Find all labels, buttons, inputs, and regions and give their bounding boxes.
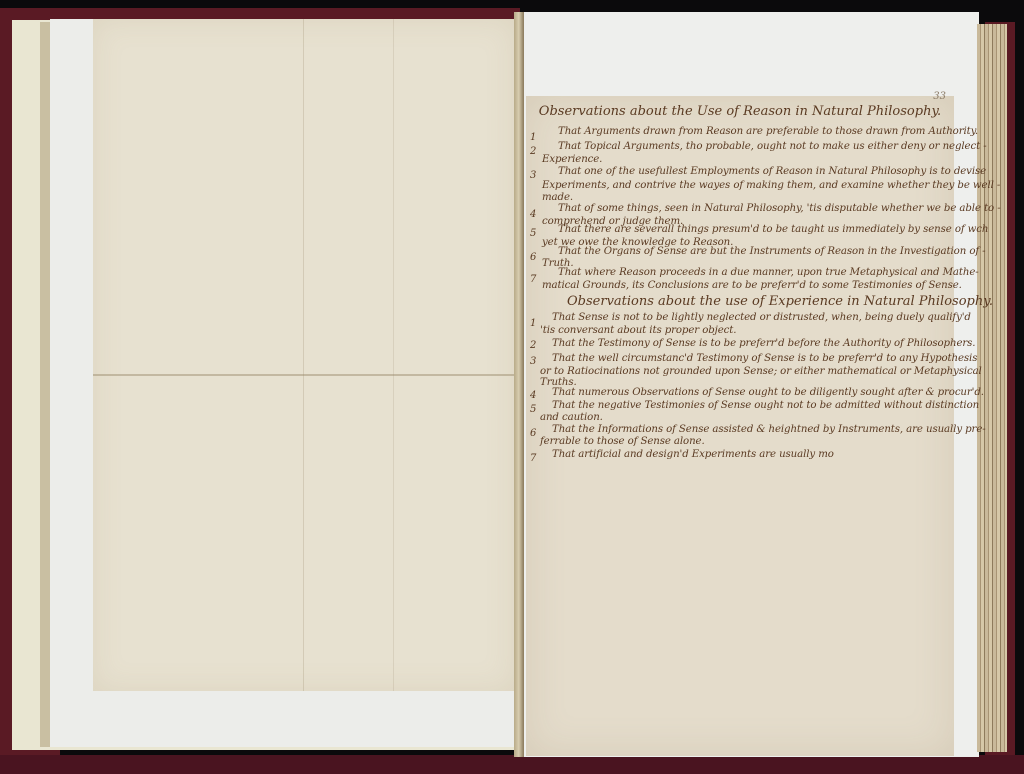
item-number: 5 bbox=[530, 404, 536, 415]
item-number: 6 bbox=[530, 252, 536, 263]
item-number: 7 bbox=[530, 453, 536, 464]
item-number: 4 bbox=[530, 390, 536, 401]
manuscript-line: That there are severall things presum'd … bbox=[558, 224, 988, 235]
manuscript-line: ferrable to those of Sense alone. bbox=[540, 436, 705, 447]
vertical-fold-line bbox=[303, 19, 304, 691]
book-cover-bottom bbox=[0, 755, 1024, 774]
vertical-crease-line bbox=[393, 19, 394, 691]
item-number: 2 bbox=[530, 340, 536, 351]
manuscript-line: That Sense is not to be lightly neglecte… bbox=[552, 312, 971, 323]
item-number: 6 bbox=[530, 428, 536, 439]
item-number: 3 bbox=[530, 170, 536, 181]
horizontal-fold-line bbox=[93, 374, 515, 376]
manuscript-line: Experiments, and contrive the wayes of m… bbox=[542, 180, 1000, 191]
manuscript-line: That Arguments drawn from Reason are pre… bbox=[558, 126, 978, 137]
item-number: 5 bbox=[530, 228, 536, 239]
manuscript-line: That the Informations of Sense assisted … bbox=[552, 424, 986, 435]
item-number: 4 bbox=[530, 209, 536, 220]
manuscript-line: That the Testimony of Sense is to be pre… bbox=[552, 338, 975, 349]
item-number: 1 bbox=[530, 318, 536, 329]
manuscript-line: made. bbox=[542, 192, 573, 203]
manuscript-line: That the Organs of Sense are but the Ins… bbox=[558, 246, 986, 257]
manuscript-line: Experience. bbox=[542, 154, 602, 165]
left-manuscript-leaf bbox=[93, 19, 515, 691]
manuscript-line: That the well circumstanc'd Testimony of… bbox=[552, 353, 977, 364]
manuscript-line: matical Grounds, its Conclusions are to … bbox=[542, 280, 962, 291]
manuscript-line: That one of the usefullest Employments o… bbox=[558, 166, 986, 177]
manuscript-line: That the negative Testimonies of Sense o… bbox=[552, 400, 979, 411]
item-number: 7 bbox=[530, 274, 536, 285]
item-number: 2 bbox=[530, 146, 536, 157]
folio-number: 33 bbox=[933, 91, 946, 102]
manuscript-line: That Topical Arguments, tho probable, ou… bbox=[558, 141, 987, 152]
item-number: 1 bbox=[530, 132, 536, 143]
section-heading-experience: Observations about the use of Experience… bbox=[566, 294, 994, 309]
section-heading-reason: Observations about the Use of Reason in … bbox=[526, 104, 954, 119]
manuscript-line: That of some things, seen in Natural Phi… bbox=[558, 203, 1001, 214]
manuscript-line: 'tis conversant about its proper object. bbox=[540, 325, 736, 336]
manuscript-line: That numerous Observations of Sense ough… bbox=[552, 387, 984, 398]
item-number: 3 bbox=[530, 356, 536, 367]
manuscript-line: That where Reason proceeds in a due mann… bbox=[558, 267, 979, 278]
manuscript-line: and caution. bbox=[540, 412, 603, 423]
right-manuscript-page: 33 Observations about the Use of Reason … bbox=[526, 96, 954, 756]
manuscript-line: or to Ratiocinations not grounded upon S… bbox=[540, 366, 982, 377]
manuscript-line: That artificial and design'd Experiments… bbox=[552, 449, 834, 460]
